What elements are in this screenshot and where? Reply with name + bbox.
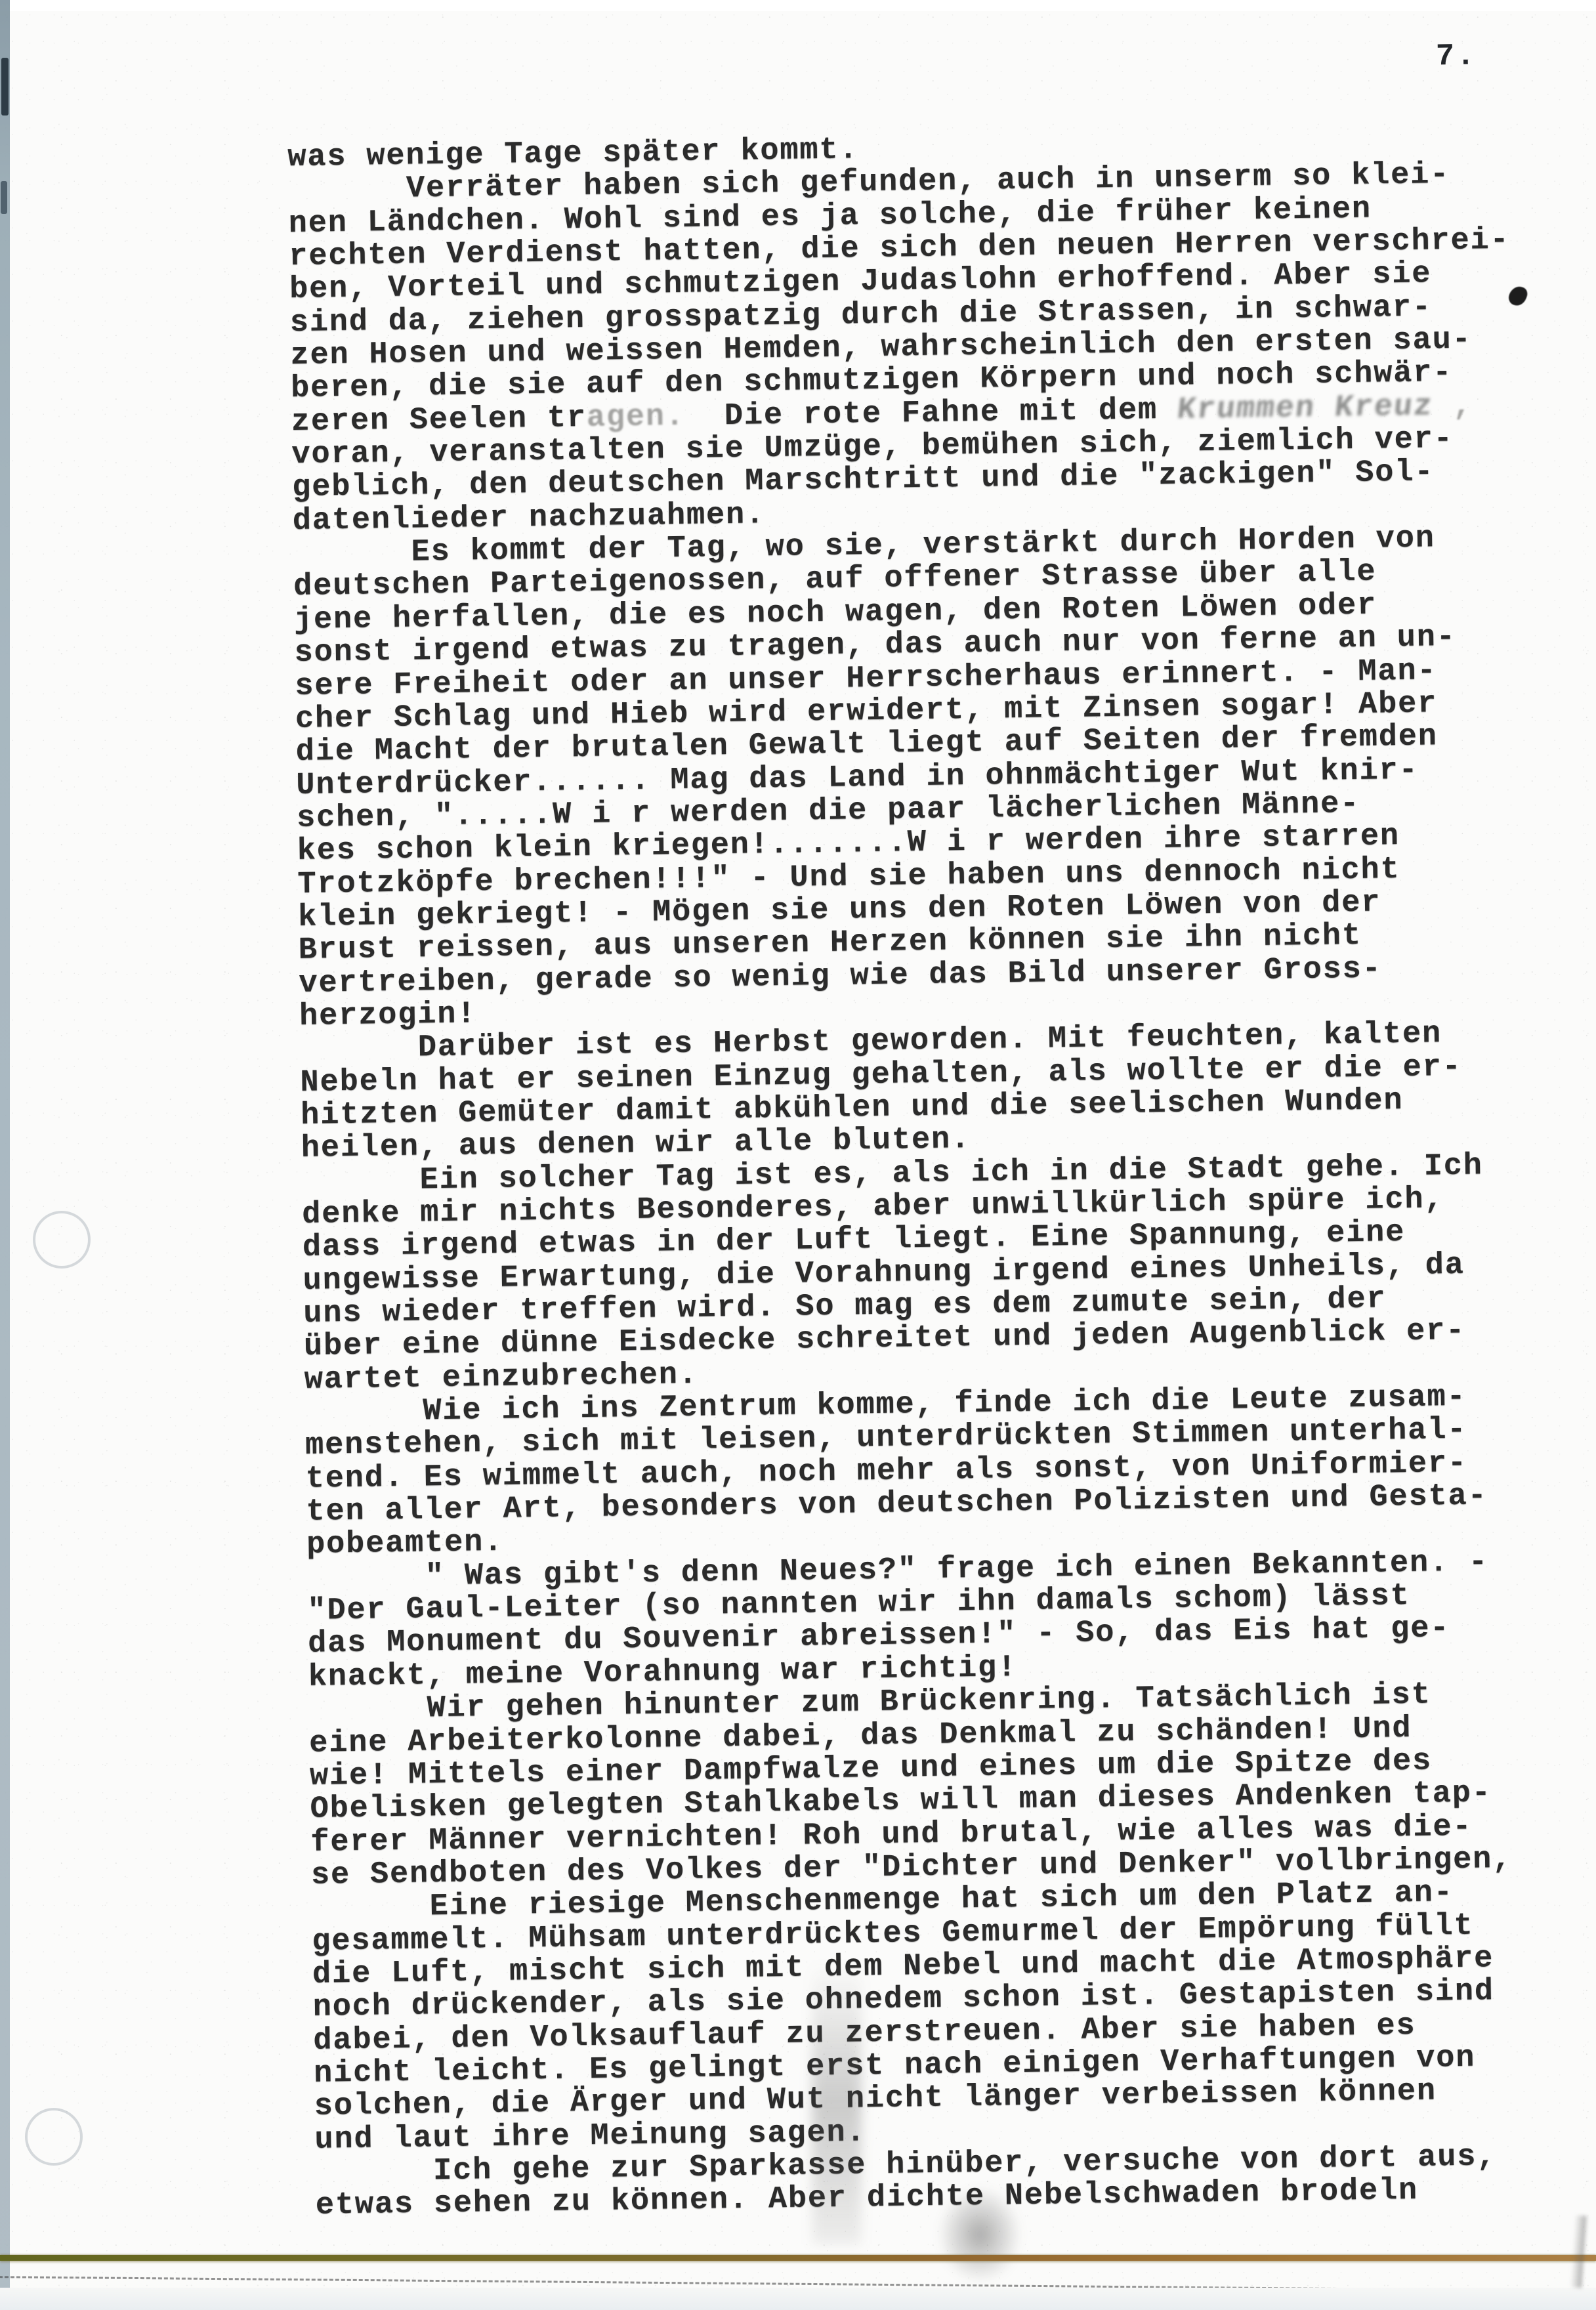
scan-smudge xyxy=(812,1962,861,2244)
bottom-colored-rule xyxy=(0,2255,1596,2261)
text-segment: zeren Seelen tr xyxy=(291,401,587,440)
faded-text: Krummen Kreuz xyxy=(1175,390,1435,427)
paper-corner-shadow xyxy=(1570,2215,1587,2288)
scanner-top-margin xyxy=(0,0,1596,11)
edge-ink-mark xyxy=(1,181,7,214)
hole-punch xyxy=(33,1211,91,1269)
faded-text: agen. xyxy=(586,400,685,436)
hole-punch xyxy=(25,2108,83,2166)
document-text: was wenige Tage später kommt. Verräter h… xyxy=(287,124,1596,2223)
faded-text: , xyxy=(1433,388,1473,424)
scan-smudge xyxy=(937,2185,1022,2284)
page-number: 7. xyxy=(1436,39,1477,74)
page-left-edge-strip xyxy=(0,0,10,2310)
edge-ink-mark xyxy=(1,58,9,115)
scanned-document-page: 7. was wenige Tage später kommt. Verräte… xyxy=(0,0,1596,2310)
scanner-bottom-margin xyxy=(0,2288,1596,2310)
